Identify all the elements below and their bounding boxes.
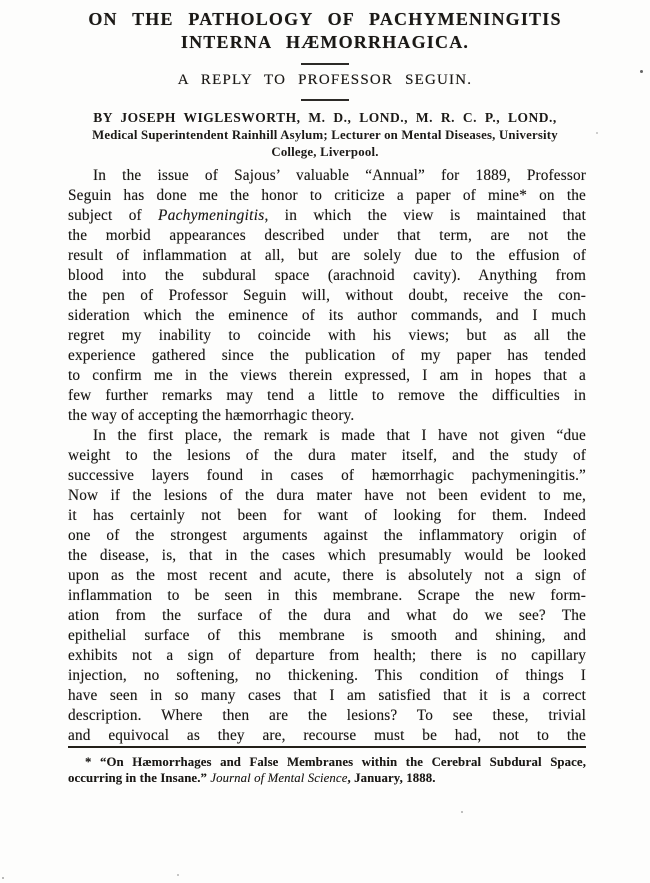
article-title-line1: ON THE PATHOLOGY OF PACHYMENINGITIS [0,8,650,31]
article-body: In the issue of Sajous’ valuable “Annual… [68,166,586,746]
scan-speck [2,877,4,879]
body-line-text: subject of [68,207,158,224]
scan-speck [461,811,463,813]
body-line: Now if the lesions of the dura mater hav… [68,486,586,506]
body-line: ation from the surface of the dura and w… [68,606,586,626]
body-line: and equivocal as they are, recourse must… [68,726,586,746]
body-line: experience gathered since the publicatio… [68,346,586,366]
body-line: description. Where then are the lesions?… [68,706,586,726]
footnote-block: * “On Hæmorrhages and False Membranes wi… [68,746,586,786]
body-line-text: , in which the view is maintained that [265,207,586,224]
footnote-text: occurring in the Insane.” [68,771,210,785]
footnote-text: , January, 1888. [348,771,436,785]
body-line: one of the strongest arguments against t… [68,526,586,546]
body-line: In the first place, the remark is made t… [68,426,586,446]
scan-speck [640,70,643,73]
scanned-paper-page: ON THE PATHOLOGY OF PACHYMENINGITIS INTE… [0,0,650,883]
article-subtitle: A REPLY TO PROFESSOR SEGUIN. [0,72,650,89]
body-line: weight to the lesions of the dura mater … [68,446,586,466]
journal-name-italic: Journal of Mental Science [210,771,347,785]
body-line: In the issue of Sajous’ valuable “Annual… [68,166,586,186]
body-line: regret my inability to coincide with his… [68,326,586,346]
footnote-rule [68,746,586,748]
scan-speck [596,132,598,134]
body-line: to confirm me in the views therein expre… [68,366,586,386]
body-line: exhibits not a sign of departure from he… [68,646,586,666]
body-line: subject of Pachymeningitis, in which the… [68,206,586,226]
author-affiliation-line1: Medical Superintendent Rainhill Asylum; … [0,128,650,143]
author-affiliation-line2: College, Liverpool. [0,145,650,160]
body-line: have seen in so many cases that I am sat… [68,686,586,706]
body-line: the morbid appearances described under t… [68,226,586,246]
body-line: sideration which the eminence of its aut… [68,306,586,326]
italic-term: Pachymeningitis [158,207,264,224]
body-line: Seguin has done me the honor to criticiz… [68,186,586,206]
body-line: injection, no softening, no thickening. … [68,666,586,686]
body-line: the pen of Professor Seguin will, withou… [68,286,586,306]
body-line: epithelial surface of this membrane is s… [68,626,586,646]
body-line: blood into the subdural space (arachnoid… [68,266,586,286]
body-line: upon as the most recent and acute, there… [68,566,586,586]
body-line: successive layers found in cases of hæmo… [68,466,586,486]
body-line: result of inflammation at all, but are s… [68,246,586,266]
body-line: it has certainly not been for want of lo… [68,506,586,526]
body-line: few further remarks may tend a little to… [68,386,586,406]
article-header: ON THE PATHOLOGY OF PACHYMENINGITIS INTE… [0,0,650,160]
article-title-line2: INTERNA HÆMORRHAGICA. [0,31,650,54]
body-line: the disease, is, that in the cases which… [68,546,586,566]
footnote-line: * “On Hæmorrhages and False Membranes wi… [68,754,586,770]
body-line: the way of accepting the hæmorrhagic the… [68,406,586,426]
scan-speck [177,874,179,876]
footnote-line: occurring in the Insane.” Journal of Men… [68,770,586,786]
divider-rule [301,99,349,101]
divider-rule [301,63,349,65]
body-line: inflammation to be seen in this membrane… [68,586,586,606]
author-byline: BY JOSEPH WIGLESWORTH, M. D., LOND., M. … [0,110,650,126]
